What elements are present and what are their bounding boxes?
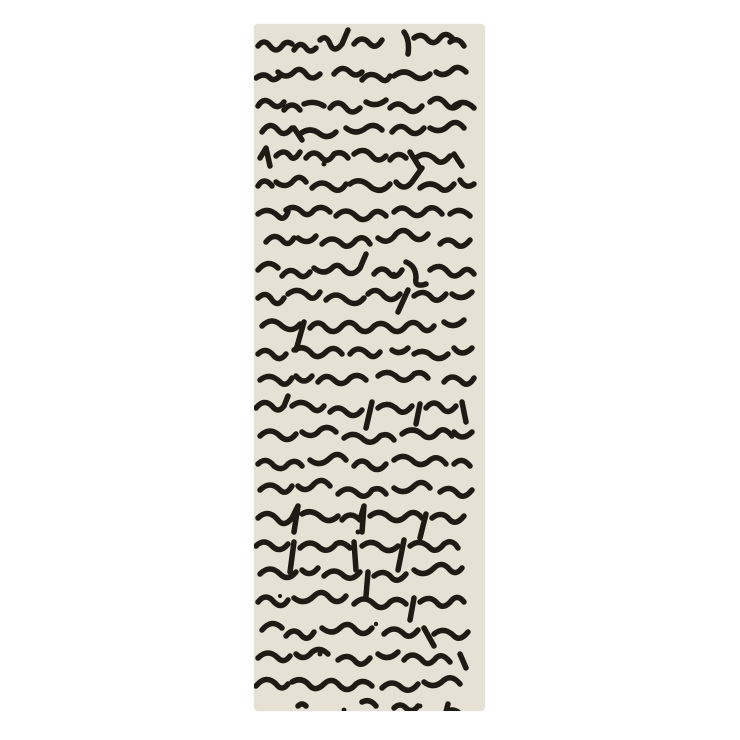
handwriting-runner-rug	[254, 24, 485, 711]
handwriting-pattern	[254, 24, 485, 711]
product-photo-stage: Rectangular runner rug with handwritten …	[0, 0, 740, 740]
